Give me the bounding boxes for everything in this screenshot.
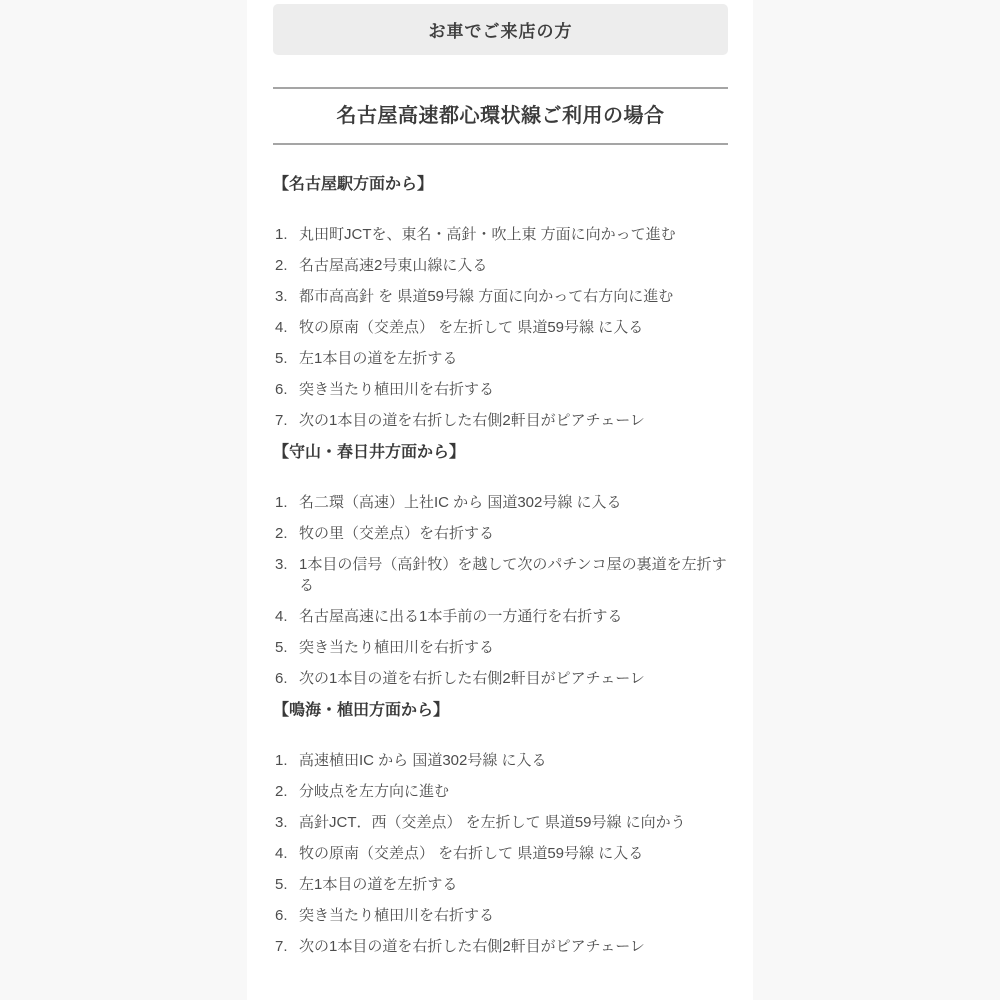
direction-step: 2.分岐点を左方向に進む: [275, 781, 728, 802]
step-text: 高針JCT．西（交差点） を左折して 県道59号線 に向かう: [299, 812, 728, 833]
step-text: 1本目の信号（高針牧）を越して次のパチンコ屋の裏道を左折する: [299, 554, 728, 596]
step-text: 名古屋高速に出る1本手前の一方通行を右折する: [299, 606, 728, 627]
step-text: 分岐点を左方向に進む: [299, 781, 728, 802]
directions-section: 【守山・春日井方面から】 1.名二環（高速）上社IC から 国道302号線 に入…: [273, 443, 728, 689]
direction-steps: 1.丸田町JCTを、東名・高針・吹上東 方面に向かって進む2.名古屋高速2号東山…: [273, 224, 728, 431]
step-number: 3.: [275, 286, 299, 307]
step-text: 次の1本目の道を右折した右側2軒目がピアチェーレ: [299, 410, 728, 431]
step-number: 3.: [275, 812, 299, 833]
direction-step: 1.丸田町JCTを、東名・高針・吹上東 方面に向かって進む: [275, 224, 728, 245]
step-text: 左1本目の道を左折する: [299, 874, 728, 895]
step-text: 次の1本目の道を右折した右側2軒目がピアチェーレ: [299, 668, 728, 689]
section-title: 名古屋高速都心環状線ご利用の場合: [273, 102, 728, 130]
step-number: 4.: [275, 843, 299, 864]
step-number: 2.: [275, 255, 299, 276]
step-number: 4.: [275, 606, 299, 627]
step-number: 1.: [275, 224, 299, 245]
direction-steps: 1.高速植田IC から 国道302号線 に入る2.分岐点を左方向に進む3.高針J…: [273, 750, 728, 957]
step-number: 5.: [275, 874, 299, 895]
directions-section: 【名古屋駅方面から】 1.丸田町JCTを、東名・高針・吹上東 方面に向かって進む…: [273, 175, 728, 431]
step-number: 2.: [275, 781, 299, 802]
step-text: 突き当たり植田川を右折する: [299, 379, 728, 400]
direction-steps: 1.名二環（高速）上社IC から 国道302号線 に入る2.牧の里（交差点）を右…: [273, 492, 728, 689]
page-header: お車でご来店の方: [273, 4, 728, 55]
step-text: 高速植田IC から 国道302号線 に入る: [299, 750, 728, 771]
step-number: 6.: [275, 905, 299, 926]
direction-step: 5.左1本目の道を左折する: [275, 874, 728, 895]
direction-step: 4.名古屋高速に出る1本手前の一方通行を右折する: [275, 606, 728, 627]
direction-step: 3.高針JCT．西（交差点） を左折して 県道59号線 に向かう: [275, 812, 728, 833]
step-number: 6.: [275, 668, 299, 689]
direction-step: 3.都市高高針 を 県道59号線 方面に向かって右方向に進む: [275, 286, 728, 307]
step-number: 4.: [275, 317, 299, 338]
step-text: 次の1本目の道を右折した右側2軒目がピアチェーレ: [299, 936, 728, 957]
step-number: 7.: [275, 936, 299, 957]
section-heading: 【守山・春日井方面から】: [273, 443, 728, 462]
step-text: 突き当たり植田川を右折する: [299, 637, 728, 658]
step-number: 2.: [275, 523, 299, 544]
direction-step: 7.次の1本目の道を右折した右側2軒目がピアチェーレ: [275, 410, 728, 431]
step-text: 牧の原南（交差点） を左折して 県道59号線 に入る: [299, 317, 728, 338]
direction-step: 6.突き当たり植田川を右折する: [275, 379, 728, 400]
direction-step: 3.1本目の信号（高針牧）を越して次のパチンコ屋の裏道を左折する: [275, 554, 728, 596]
step-number: 5.: [275, 637, 299, 658]
direction-step: 7.次の1本目の道を右折した右側2軒目がピアチェーレ: [275, 936, 728, 957]
step-number: 3.: [275, 554, 299, 575]
section-heading: 【名古屋駅方面から】: [273, 175, 728, 194]
step-text: 牧の里（交差点）を右折する: [299, 523, 728, 544]
direction-step: 4.牧の原南（交差点） を左折して 県道59号線 に入る: [275, 317, 728, 338]
direction-sections: 【名古屋駅方面から】 1.丸田町JCTを、東名・高針・吹上東 方面に向かって進む…: [273, 175, 728, 957]
step-text: 名古屋高速2号東山線に入る: [299, 255, 728, 276]
direction-step: 2.牧の里（交差点）を右折する: [275, 523, 728, 544]
direction-step: 1.名二環（高速）上社IC から 国道302号線 に入る: [275, 492, 728, 513]
direction-step: 2.名古屋高速2号東山線に入る: [275, 255, 728, 276]
section-title-block: 名古屋高速都心環状線ご利用の場合: [273, 87, 728, 145]
step-text: 突き当たり植田川を右折する: [299, 905, 728, 926]
step-number: 1.: [275, 750, 299, 771]
step-text: 都市高高針 を 県道59号線 方面に向かって右方向に進む: [299, 286, 728, 307]
section-heading: 【鳴海・植田方面から】: [273, 701, 728, 720]
direction-step: 5.突き当たり植田川を右折する: [275, 637, 728, 658]
step-text: 牧の原南（交差点） を右折して 県道59号線 に入る: [299, 843, 728, 864]
direction-step: 1.高速植田IC から 国道302号線 に入る: [275, 750, 728, 771]
step-number: 5.: [275, 348, 299, 369]
direction-step: 4.牧の原南（交差点） を右折して 県道59号線 に入る: [275, 843, 728, 864]
direction-step: 6.次の1本目の道を右折した右側2軒目がピアチェーレ: [275, 668, 728, 689]
page-header-label: お車でご来店の方: [429, 17, 573, 42]
step-number: 1.: [275, 492, 299, 513]
direction-step: 5.左1本目の道を左折する: [275, 348, 728, 369]
step-text: 名二環（高速）上社IC から 国道302号線 に入る: [299, 492, 728, 513]
content-card: お車でご来店の方 名古屋高速都心環状線ご利用の場合 【名古屋駅方面から】 1.丸…: [247, 0, 753, 1000]
directions-section: 【鳴海・植田方面から】 1.高速植田IC から 国道302号線 に入る2.分岐点…: [273, 701, 728, 957]
step-text: 左1本目の道を左折する: [299, 348, 728, 369]
step-number: 6.: [275, 379, 299, 400]
step-text: 丸田町JCTを、東名・高針・吹上東 方面に向かって進む: [299, 224, 728, 245]
direction-step: 6.突き当たり植田川を右折する: [275, 905, 728, 926]
step-number: 7.: [275, 410, 299, 431]
